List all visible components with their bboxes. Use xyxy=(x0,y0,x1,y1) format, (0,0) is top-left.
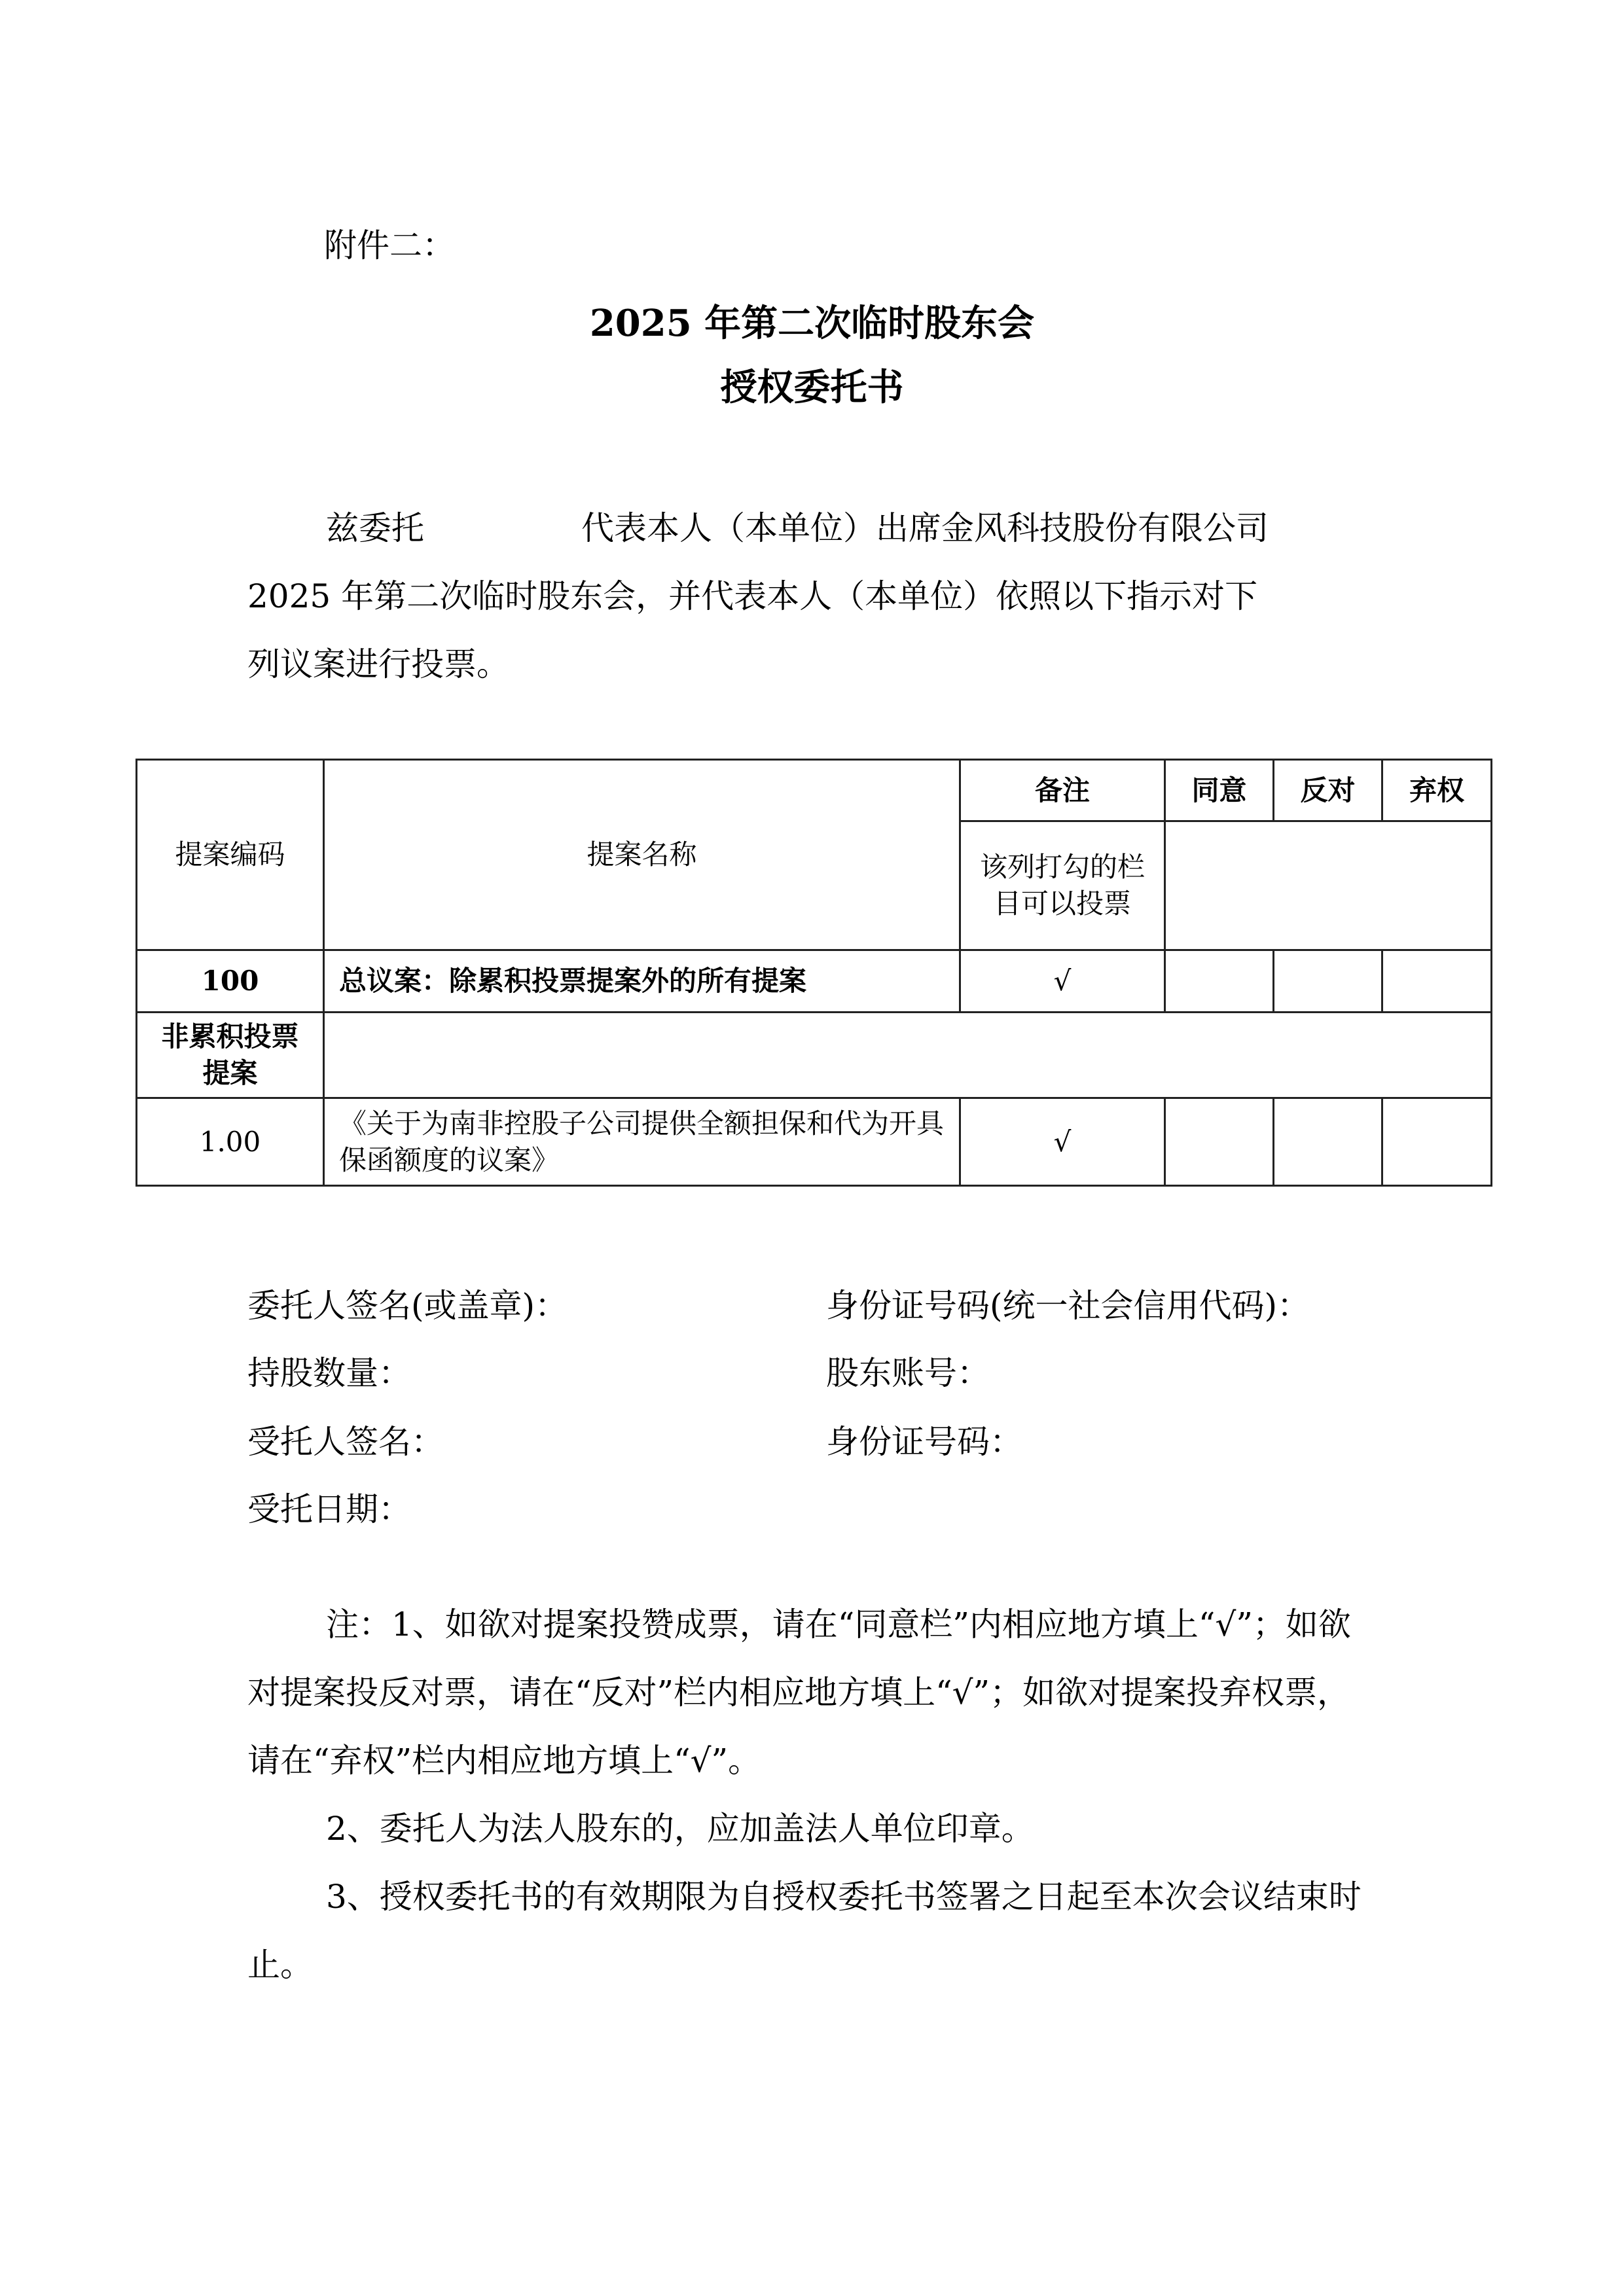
header-oppose: 反对 xyxy=(1274,760,1382,821)
row-abstain-cell[interactable] xyxy=(1382,950,1492,1013)
row-agree-cell[interactable] xyxy=(1165,1098,1274,1186)
intro-part2: 代表本人（本单位）出席金风科技股份有限公司 xyxy=(581,509,1269,547)
voting-table: 提案编码 提案名称 备注 同意 反对 弃权 该列打勾的栏目可以投票 100 总议… xyxy=(135,759,1492,1187)
row-agree-cell[interactable] xyxy=(1165,950,1274,1013)
notes-section: 注：1、如欲对提案投赞成票，请在“同意栏”内相应地方填上“√”；如欲对提案投反对… xyxy=(247,1590,1380,1999)
intro-part1: 兹委托 xyxy=(326,509,424,547)
agent-signature-label: 受托人签名： xyxy=(247,1416,444,1463)
note-1: 注：1、如欲对提案投赞成票，请在“同意栏”内相应地方填上“√”；如欲对提案投反对… xyxy=(247,1590,1380,1795)
note-3: 3、授权委托书的有效期限为自授权委托书签署之日起至本次会议结束时止。 xyxy=(247,1863,1380,1999)
intro-line3: 列议案进行投票。 xyxy=(247,630,1380,698)
intro-paragraph: 兹委托代表本人（本单位）出席金风科技股份有限公司 2025 年第二次临时股东会，… xyxy=(247,494,1380,698)
row-abstain-cell[interactable] xyxy=(1382,1098,1492,1186)
row-name: 《关于为南非控股子公司提供全额担保和代为开具保函额度的议案》 xyxy=(324,1098,960,1186)
document-subtitle: 授权委托书 xyxy=(0,359,1624,411)
header-remark: 备注 xyxy=(960,760,1165,821)
section-row: 非累积投票提案 xyxy=(137,1013,1492,1098)
row-name: 总议案：除累积投票提案外的所有提案 xyxy=(324,950,960,1013)
agent-id-label: 身份证号码： xyxy=(826,1416,1022,1463)
date-label: 受托日期： xyxy=(247,1483,411,1530)
account-label: 股东账号： xyxy=(826,1347,990,1394)
section-label: 非累积投票提案 xyxy=(137,1013,324,1098)
header-code: 提案编码 xyxy=(137,760,324,950)
note-2: 2、委托人为法人股东的，应加盖法人单位印章。 xyxy=(247,1795,1380,1863)
document-title: 2025 年第二次临时股东会 xyxy=(0,295,1624,347)
section-blank xyxy=(324,1013,1492,1098)
header-blank xyxy=(1165,821,1492,950)
principal-id-label: 身份证号码(统一社会信用代码)： xyxy=(826,1280,1310,1327)
header-abstain: 弃权 xyxy=(1382,760,1492,821)
table-row: 100 总议案：除累积投票提案外的所有提案 √ xyxy=(137,950,1492,1013)
table-row: 1.00 《关于为南非控股子公司提供全额担保和代为开具保函额度的议案》 √ xyxy=(137,1098,1492,1186)
attachment-label: 附件二： xyxy=(324,219,455,266)
row-oppose-cell[interactable] xyxy=(1274,1098,1382,1186)
row-remark-check: √ xyxy=(960,950,1165,1013)
header-remark-note: 该列打勾的栏目可以投票 xyxy=(960,821,1165,950)
header-name: 提案名称 xyxy=(324,760,960,950)
row-code: 1.00 xyxy=(137,1098,324,1186)
shares-label: 持股数量： xyxy=(247,1347,411,1394)
row-remark-check: √ xyxy=(960,1098,1165,1186)
row-oppose-cell[interactable] xyxy=(1274,950,1382,1013)
row-code: 100 xyxy=(137,950,324,1013)
header-agree: 同意 xyxy=(1165,760,1274,821)
intro-line2: 2025 年第二次临时股东会，并代表本人（本单位）依照以下指示对下 xyxy=(247,562,1380,630)
principal-signature-label: 委托人签名(或盖章)： xyxy=(247,1280,568,1327)
